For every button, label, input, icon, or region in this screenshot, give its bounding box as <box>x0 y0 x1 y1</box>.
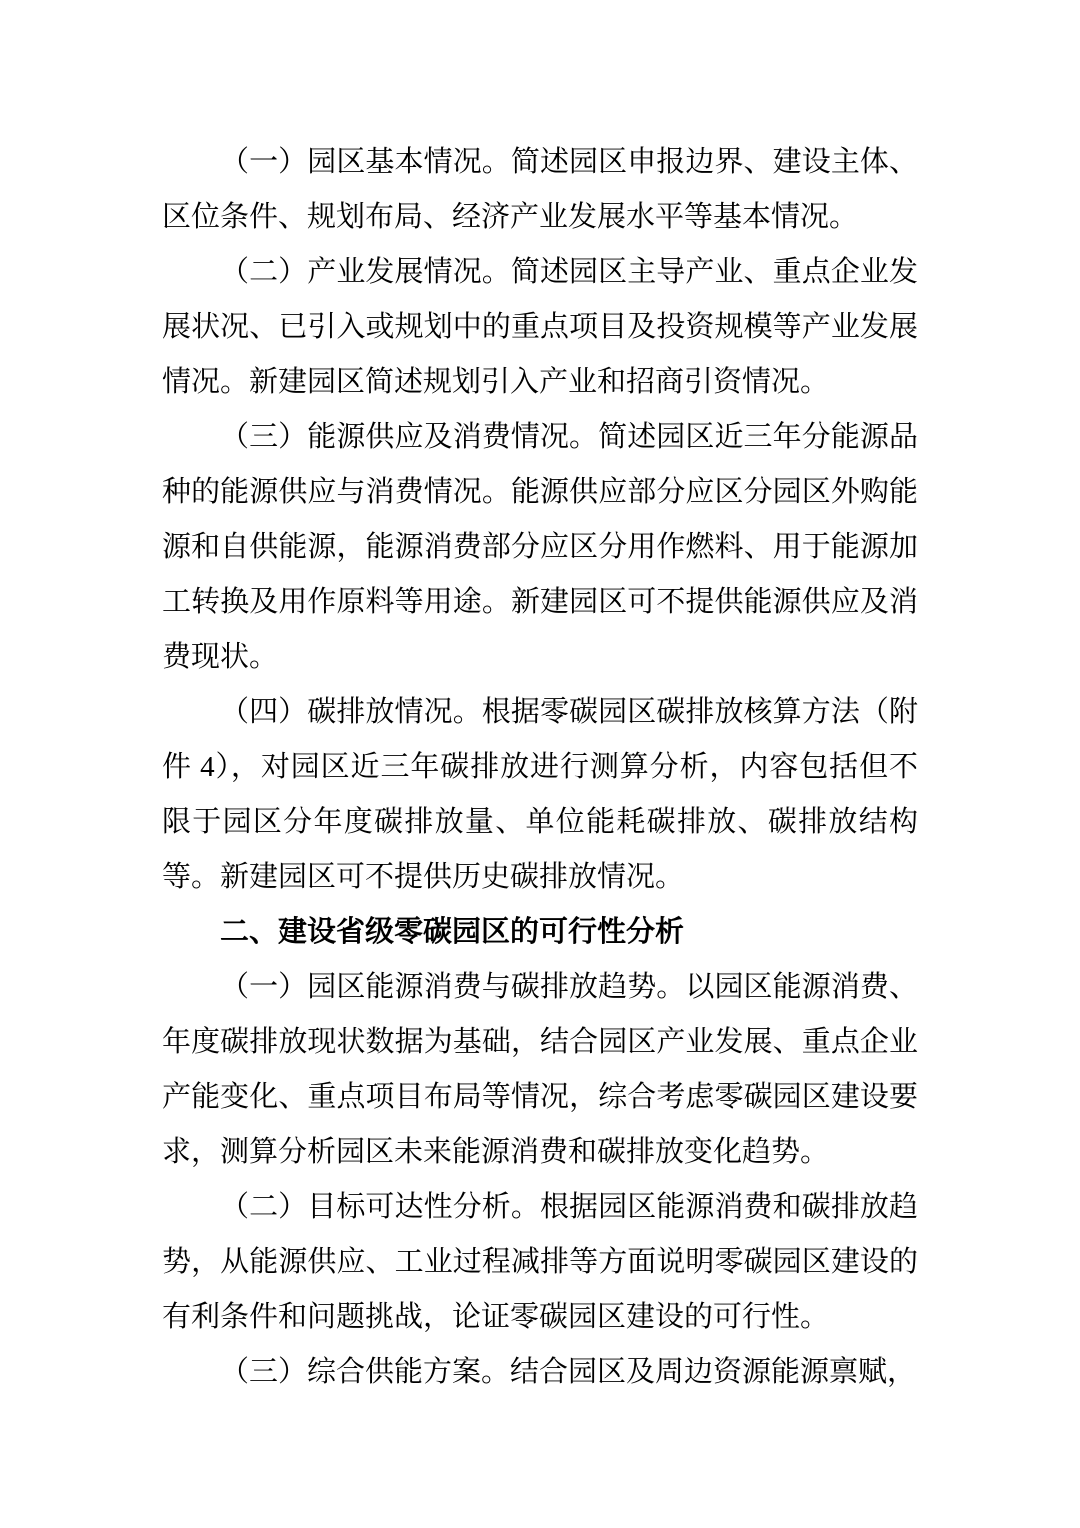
paragraph-target-attainability: （二）目标可达性分析。根据园区能源消费和碳排放趋势，从能源供应、工业过程减排等方… <box>162 1180 918 1345</box>
paragraph-industry-development: （二）产业发展情况。简述园区主导产业、重点企业发展状况、已引入或规划中的重点项目… <box>162 245 918 410</box>
document-page: （一）园区基本情况。简述园区申报边界、建设主体、区位条件、规划布局、经济产业发展… <box>0 0 1080 1528</box>
paragraph-carbon-emissions: （四）碳排放情况。根据零碳园区碳排放核算方法（附件 4），对园区近三年碳排放进行… <box>162 685 918 905</box>
document-text-block: （一）园区基本情况。简述园区申报边界、建设主体、区位条件、规划布局、经济产业发展… <box>162 135 918 1400</box>
section-heading-feasibility-analysis: 二、建设省级零碳园区的可行性分析 <box>162 905 918 960</box>
paragraph-energy-supply-consumption: （三）能源供应及消费情况。简述园区近三年分能源品种的能源供应与消费情况。能源供应… <box>162 410 918 685</box>
paragraph-energy-carbon-trend: （一）园区能源消费与碳排放趋势。以园区能源消费、年度碳排放现状数据为基础，结合园… <box>162 960 918 1180</box>
paragraph-integrated-energy-plan: （三）综合供能方案。结合园区及周边资源能源禀赋， <box>162 1345 918 1400</box>
paragraph-park-basic-info: （一）园区基本情况。简述园区申报边界、建设主体、区位条件、规划布局、经济产业发展… <box>162 135 918 245</box>
